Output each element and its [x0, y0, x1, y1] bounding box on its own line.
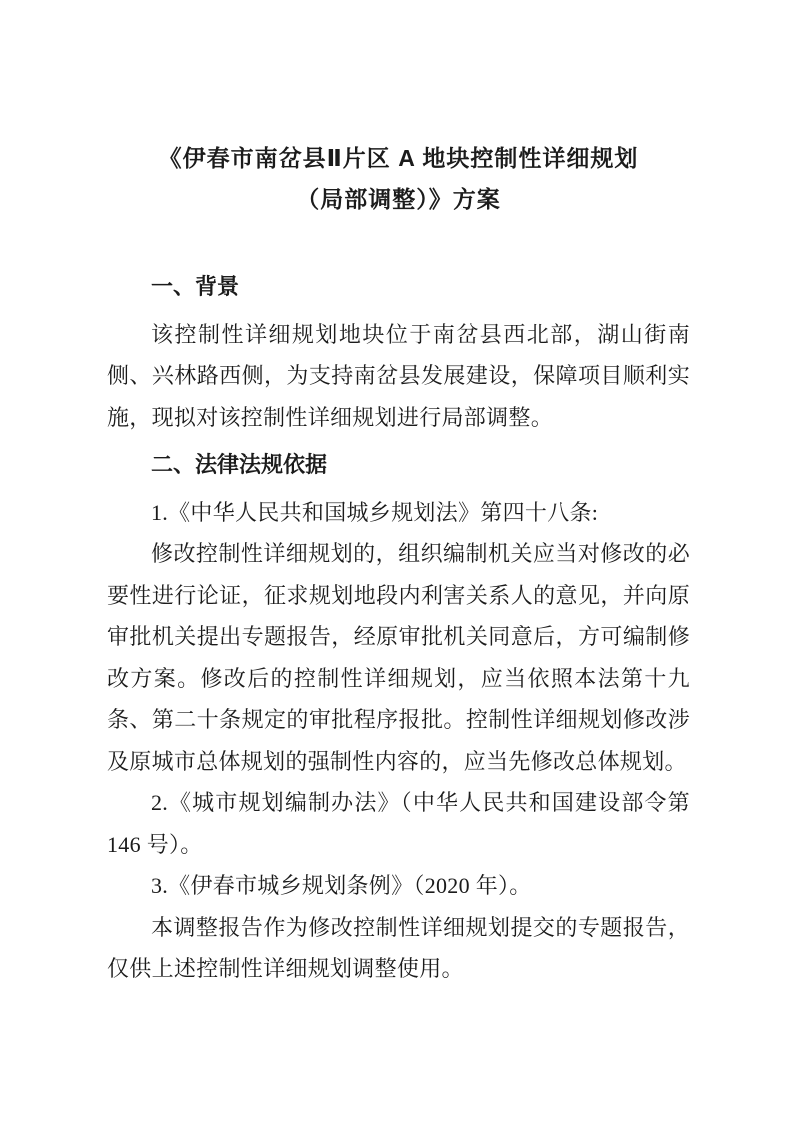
document-title-line-2: （局部调整）》方案 [296, 186, 501, 212]
paragraph-law-item-1: 1.《中华人民共和国城乡规划法》第四十八条: [107, 492, 690, 534]
document-title-line-1: 《伊春市南岔县Ⅱ片区 A 地块控制性详细规划 [159, 145, 639, 171]
paragraph-background-intro: 该控制性详细规划地块位于南岔县西北部，湖山街南侧、兴林路西侧，为支持南岔县发展建… [107, 314, 690, 439]
document-title: 《伊春市南岔县Ⅱ片区 A 地块控制性详细规划 （局部调整）》方案 [107, 138, 690, 220]
paragraph-law-article-48-text: 修改控制性详细规划的，组织编制机关应当对修改的必要性进行论证，征求规划地段内利害… [107, 533, 690, 782]
section-heading-legal-basis: 二、法律法规依据 [107, 444, 690, 486]
paragraph-law-item-3: 3.《伊春市城乡规划条例》（2020 年）。 [107, 865, 690, 907]
paragraph-law-item-2: 2.《城市规划编制办法》（中华人民共和国建设部令第 146 号）。 [107, 782, 690, 865]
paragraph-report-usage-note: 本调整报告作为修改控制性详细规划提交的专题报告，仅供上述控制性详细规划调整使用。 [107, 907, 690, 990]
document-page: 《伊春市南岔县Ⅱ片区 A 地块控制性详细规划 （局部调整）》方案 一、背景 该控… [0, 0, 793, 1122]
section-heading-background: 一、背景 [107, 266, 690, 308]
